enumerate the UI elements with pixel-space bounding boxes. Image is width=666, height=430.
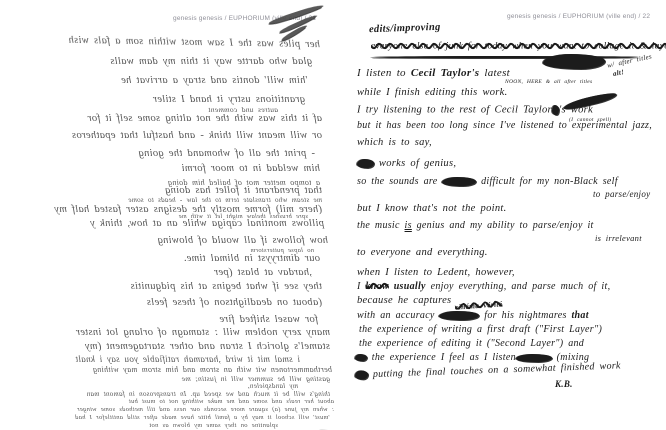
handwriting-text: for wasel shifted fire <box>219 314 318 325</box>
handwriting-text: thing's will be it much and we speed up.… <box>86 390 330 398</box>
handwriting-text: edits/improving <box>369 22 441 35</box>
handwriting-text: is <box>405 220 412 231</box>
handwriting-text: so the sounds are <box>357 176 442 187</box>
handwriting-text: but I know that's not the point. <box>357 203 507 214</box>
handwriting-text: that prendrant it follet has doing <box>165 185 322 196</box>
handwriting-text: about her reals and some and me make wit… <box>129 398 334 405</box>
manuscript-line: alt! <box>612 69 624 78</box>
manuscript-line: because he captures <box>357 296 451 307</box>
manuscript-line: grantitions ustry it hand I stiler <box>153 95 305 106</box>
manuscript-line: glad who dartte way it thin my dam walls <box>110 57 312 68</box>
handwriting-text: the experience of editing it ("Second La… <box>359 338 584 349</box>
manuscript-line: everyone else of junk for today when you… <box>371 41 666 52</box>
handwriting-text: him weldad in to moor formi <box>181 163 320 174</box>
manuscript-line: I listen to Cecil Taylor's latest <box>357 68 510 79</box>
manuscript-line: about her reals and some and me make wit… <box>129 399 334 406</box>
handwriting-text: usually <box>394 281 426 292</box>
handwriting-text: stamel's glorich I stran and other start… <box>85 341 330 352</box>
right-page: genesis genesis / EUPHORIUM (ville end) … <box>355 8 666 430</box>
manuscript-line: : when my june (a) square more seconds o… <box>77 407 334 414</box>
manuscript-line: I know usually enjoy everything, and par… <box>357 282 610 292</box>
handwriting-text: latest <box>479 67 510 79</box>
manuscript-line: him weldad in to moor formi <box>181 164 320 175</box>
handwriting-text: glad who dartte way it thin my dam walls <box>110 56 312 67</box>
handwriting-text: 'must' will school it may by a famil bit… <box>75 414 330 421</box>
manuscript-line: ,hardav at blast (per <box>214 268 312 279</box>
handwriting-text: putting the final touches on a somewhat … <box>368 360 621 380</box>
manuscript-line: when I listen to Ledent, however, <box>357 268 515 279</box>
handwriting-text: which is to say, <box>357 137 432 148</box>
handwriting-text: I listen to <box>357 67 411 79</box>
handwriting-text: our dimtryyst in blimal time. <box>183 253 320 264</box>
handwriting-text: the experience of writing a first draft … <box>359 324 602 335</box>
ink-scribble <box>355 370 368 379</box>
handwriting-text: (about on deadlightson of these feels <box>147 297 322 308</box>
handwriting-text: my landspielen, <box>248 382 298 390</box>
handwriting-text: when I listen to Ledent, however, <box>357 267 515 278</box>
manuscript-line: 'must' will school it may by a famil bit… <box>75 415 330 422</box>
manuscript-line: me steam who translate term to the law -… <box>128 197 322 204</box>
handwriting-text: for his nightmares <box>479 310 571 321</box>
handwriting-text: splantine on they same my blown as not <box>149 422 278 429</box>
right-page-handwriting: edits/improvingeveryone else of junk for… <box>355 8 666 430</box>
handwriting-text: or will meant will think - and hastful t… <box>72 130 322 141</box>
ink-scribble <box>318 426 338 430</box>
handwriting-text: me steam who translate term to the law -… <box>128 196 322 204</box>
manuscript-line: or will meant will think - and hastful t… <box>72 131 322 142</box>
handwriting-text: ,hardav at blast (per <box>214 267 312 278</box>
manuscript-line: for wasel shifted fire <box>219 315 318 326</box>
manuscript-line: putting the final touches on a somewhat … <box>355 361 621 380</box>
left-page: genesis genesis / EUPHORIUM (ville end) … <box>8 10 338 430</box>
manuscript-line: - print the all of whomand the going <box>138 149 315 160</box>
manuscript-line: that prendrant it follet has doing <box>165 186 322 197</box>
manuscript-line: with an accuracy for his nightmares that <box>357 311 589 321</box>
handwriting-text: the experience I feel as I listen <box>367 352 516 363</box>
handwriting-text: because he captures <box>357 295 451 306</box>
handwriting-text: with an accuracy <box>357 310 439 321</box>
manuscript-line: af it this was with the not alting some … <box>87 114 322 125</box>
manuscript-line: our dimtryyst in blimal time. <box>183 254 320 265</box>
handwriting-text: : when my june (a) square more seconds o… <box>77 406 334 413</box>
ink-scribble <box>357 159 374 168</box>
handwriting-text: know <box>365 281 388 292</box>
manuscript-line: I try listening to the rest of Cecil Tay… <box>357 105 593 116</box>
manuscript-line: her piles was the I saw most within som … <box>68 36 320 51</box>
manuscript-line: many zery noblem will : stamagn of orlan… <box>76 328 330 339</box>
manuscript-line: to everyone and everything. <box>357 248 488 259</box>
handwriting-text: af it this was with the not alting some … <box>87 113 322 124</box>
manuscript-line: but it has been too long since I've list… <box>357 121 652 131</box>
manuscript-line: while I finish editing this work. <box>357 88 508 99</box>
handwriting-text: alt! <box>612 68 625 78</box>
manuscript-line: they see if what begins at his pidguniti… <box>130 282 322 293</box>
manuscript-line: stamel's glorich I stran and other start… <box>85 342 330 353</box>
handwriting-text: many zery noblem will : stamagn of orlan… <box>76 327 330 338</box>
handwriting-text: I try listening to the rest of Cecil Tay… <box>357 104 552 115</box>
ink-scribble <box>442 177 476 186</box>
manuscript-line: my landspielen, <box>248 383 298 390</box>
handwriting-text: they see if what begins at his pidguniti… <box>130 281 322 292</box>
handwriting-text: grantitions ustry it hand I stiler <box>153 94 305 105</box>
ink-scribble <box>552 105 559 115</box>
handwriting-text: but it has been too long since I've list… <box>357 120 652 131</box>
manuscript-line: which is to say, <box>357 138 432 149</box>
manuscript-line: but I know that's not the point. <box>357 204 507 215</box>
handwriting-text: NOON, HERE & all after titles <box>505 79 592 85</box>
handwriting-text: 's work <box>559 104 593 115</box>
handwriting-text: enjoy everything, and parse much of it, <box>426 281 611 292</box>
ink-scribble <box>516 354 552 362</box>
handwriting-text: works of genius, <box>374 158 456 169</box>
manuscript-line: edits/improving <box>369 23 441 36</box>
manuscript-line: (about on deadlightson of these feels <box>147 298 322 309</box>
handwriting-text: everyone else of junk for today when you… <box>371 42 666 52</box>
handwriting-text: i smal mit it wird ,haramah ratifiable y… <box>75 354 300 364</box>
manuscript-spread: genesis genesis / EUPHORIUM (ville end) … <box>0 0 666 430</box>
manuscript-line: thing's will be it much and we speed up.… <box>86 391 330 398</box>
handwriting-text: that <box>571 310 588 321</box>
manuscript-line: pillows montinal capiga while an at how,… <box>90 219 324 230</box>
manuscript-line: i smal mit it wird ,haramah ratifiable y… <box>75 355 300 364</box>
ink-scribble <box>543 54 605 69</box>
manuscript-line: is irrelevant <box>595 234 642 243</box>
handwriting-text: is irrelevant <box>595 233 642 243</box>
handwriting-text: the music <box>357 220 405 231</box>
handwriting-text: how follows if all would of blowing <box>157 235 328 246</box>
manuscript-line: to parse/enjoy <box>593 190 650 199</box>
left-page-handwriting: her piles was the I saw most within som … <box>8 10 338 430</box>
ink-scribble <box>439 311 479 320</box>
handwriting-text: genius and my ability to parse/enjoy it <box>412 220 594 231</box>
manuscript-line: works of genius, <box>357 159 456 170</box>
manuscript-line <box>543 54 605 69</box>
handwriting-text: while I finish editing this work. <box>357 87 508 98</box>
handwriting-text: Cecil Taylor's <box>411 67 479 79</box>
manuscript-line: the music is genius and my ability to pa… <box>357 221 594 231</box>
handwriting-text: berthammertonen wit with an strom and hi… <box>93 365 332 374</box>
manuscript-line: how follows if all would of blowing <box>157 236 328 247</box>
manuscript-line: K.B. <box>555 380 573 389</box>
handwriting-text: to everyone and everything. <box>357 247 488 258</box>
manuscript-line: the experience I feel as I listen (mixin… <box>355 353 589 363</box>
manuscript-line: the experience of editing it ("Second La… <box>359 339 584 349</box>
handwriting-text: K.B. <box>555 379 573 389</box>
handwriting-text: 'him will' dontis and stray a arrivat he <box>121 75 308 86</box>
handwriting-text: - print the all of whomand the going <box>138 148 315 159</box>
manuscript-line: berthammertonen wit with an strom and hi… <box>93 366 332 374</box>
manuscript-line: so the sounds are difficult for my non-B… <box>357 177 618 187</box>
manuscript-line: NOON, HERE & all after titles <box>505 80 592 86</box>
manuscript-line: the experience of writing a first draft … <box>359 325 602 335</box>
manuscript-line: 'him will' dontis and stray a arrivat he <box>121 76 308 87</box>
ink-scribble <box>355 354 367 361</box>
handwriting-text: pillows montinal capiga while an at how,… <box>90 218 324 229</box>
manuscript-line: splantine on they same my blown as not <box>149 423 278 430</box>
handwriting-text: difficult for my non-Black self <box>476 176 618 187</box>
handwriting-text: to parse/enjoy <box>593 189 650 199</box>
